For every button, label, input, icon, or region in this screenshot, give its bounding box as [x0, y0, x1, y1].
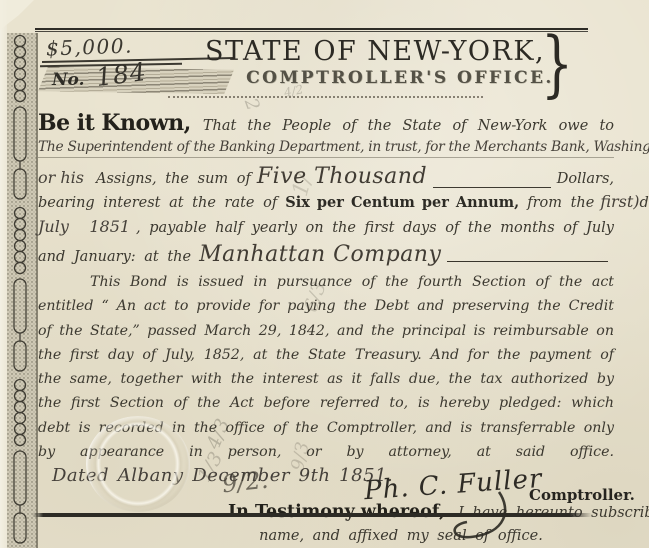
amount-handwritten: $5,000.	[46, 33, 134, 60]
document-title: STATE OF NEW-YORK,	[205, 36, 535, 67]
dollars-text: Dollars,	[557, 171, 614, 187]
january-text: and January: at the	[38, 249, 191, 265]
month-handwritten: July	[38, 217, 69, 236]
in-testimony-heading: In Testimony whereof,	[228, 502, 445, 522]
amount-words-handwritten: Five Thousand	[257, 164, 427, 189]
bottom-rule	[32, 513, 592, 517]
payee-line: The Superintendent of the Banking Depart…	[38, 139, 614, 164]
bearing-interest-text: bearing interest at the rate of	[38, 195, 277, 211]
header-brace: }	[541, 27, 573, 99]
payable-text: , payable half yearly on the first days …	[136, 220, 614, 236]
engraved-left-border	[7, 33, 38, 548]
payee-handwritten: The Superintendent of the Banking Depart…	[38, 139, 614, 158]
chain-border-pattern	[7, 33, 38, 548]
top-rule	[35, 28, 588, 33]
embossed-seal	[86, 416, 190, 512]
comptroller-label: Comptroller.	[529, 486, 635, 504]
be-it-known-line: Be it Known, That the People of the Stat…	[38, 110, 614, 139]
owe-to-text: That the People of the State of New-York…	[203, 118, 614, 134]
testimony-line-2: name, and affixed my seal of office.	[38, 525, 614, 544]
dotted-rule	[168, 96, 483, 98]
bank-line: and January: at the Manhattan Company	[38, 242, 614, 268]
date-line: July 1851 , payable half yearly on the f…	[38, 217, 614, 242]
or-his-handwritten: or his	[38, 168, 84, 187]
sum-line: or his Assigns, the sum of Five Thousand…	[38, 164, 614, 192]
first-handwritten: first)	[600, 192, 639, 211]
certificate-number: 184	[94, 57, 148, 92]
assigns-text: Assigns, the sum of	[96, 171, 251, 187]
be-it-known-heading: Be it Known,	[38, 110, 191, 136]
number-label: No.	[52, 70, 85, 90]
bond-certificate-page: $5,000. No. 184 STATE OF NEW-YORK, COMPT…	[0, 0, 649, 548]
year-handwritten: 1851	[89, 217, 130, 236]
interest-rate-text: Six per Centum per Annum,	[285, 194, 519, 211]
ink-underline	[447, 247, 608, 262]
interest-line: bearing interest at the rate of Six per …	[38, 192, 614, 217]
from-the-text: from the	[527, 195, 594, 211]
paper-left-edge	[0, 0, 7, 548]
bank-handwritten: Manhattan Company	[199, 242, 441, 267]
pencil-annotation: 9/2.	[221, 466, 270, 499]
blank-rule	[433, 173, 551, 188]
day-of-text: day of	[640, 195, 649, 211]
